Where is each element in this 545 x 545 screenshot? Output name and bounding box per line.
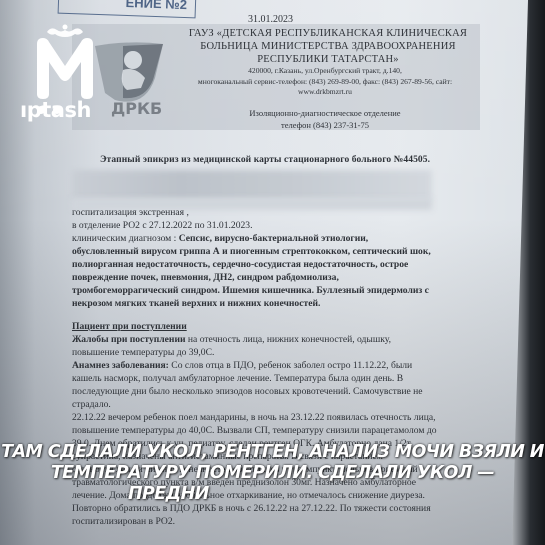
organization-address: 420000, г.Казань, ул.Оренбургский тракт,… xyxy=(170,66,480,98)
department-phone: телефон (843) 237-31-75 xyxy=(200,119,450,131)
section-heading: Пациент при поступлении xyxy=(72,320,512,333)
caption-line: ТЕМПЕРАТУРУ ПОМЕРИЛИ. СДЕЛАЛИ УКОЛ — xyxy=(0,463,545,484)
anamnesis-line: повышение температуры до 40,0С. Вызвали … xyxy=(72,424,512,437)
complaints-line: повышение температуры до 39,0С. xyxy=(72,346,512,359)
org-line: ГАУЗ «ДЕТСКАЯ РЕСПУБЛИКАНСКАЯ КЛИНИЧЕСКА… xyxy=(178,27,478,40)
diagnosis-text: Сепсис, вирусно-бактериальной этиологии, xyxy=(176,233,368,244)
caption-line: ПРЕДНИ xyxy=(0,484,545,505)
diagnosis-label: клиническим диагнозом : xyxy=(72,233,176,244)
org-line: БОЛЬНИЦА МИНИСТЕРСТВА ЗДРАВООХРАНЕНИЯ xyxy=(178,40,478,53)
complaints-line: Жалобы при поступлении на отечность лица… xyxy=(72,333,512,346)
anamnesis-line: страдало. xyxy=(72,398,512,411)
department-dates: в отделение РО2 с 27.12.2022 по 31.01.20… xyxy=(72,219,512,232)
svg-text:ДРКБ: ДРКБ xyxy=(111,99,162,118)
complaints-text: на отечность лица, нижних конечностей, о… xyxy=(186,334,392,345)
watermark-text: ıptash xyxy=(20,98,91,122)
organization-name: ГАУЗ «ДЕТСКАЯ РЕСПУБЛИКАНСКАЯ КЛИНИЧЕСКА… xyxy=(178,27,478,66)
complaints-label: Жалобы при поступлении xyxy=(72,334,186,345)
diagnosis-line: повреждение почек, пневмония, ДН2, синдр… xyxy=(72,271,512,284)
diagnosis-line: некрозом мягких тканей верхних и нижних … xyxy=(72,297,512,310)
org-line: РЕСПУБЛИКИ ТАТАРСТАН» xyxy=(178,53,478,66)
anamnesis-line: кашель насморк, получал амбулаторное леч… xyxy=(72,372,512,385)
screenshot-stage: ЕНИЕ №2 ДРКБ 31.01.2023 ГАУЗ «ДЕТСКАЯ РЕ… xyxy=(0,0,545,545)
department-name: Изоляционно-диагностическое отделение xyxy=(200,107,450,119)
department-info: Изоляционно-диагностическое отделение те… xyxy=(200,107,450,131)
anamnesis-line: последующие дни было несколько эпизодов … xyxy=(72,385,512,398)
redacted-patient-info xyxy=(72,170,432,200)
anamnesis-label: Анамнез заболевания: xyxy=(72,360,169,371)
diagnosis-line: тромбогеморрагический синдром. Ишемия ки… xyxy=(72,284,512,297)
address-line: 420000, г.Казань, ул.Оренбургский тракт,… xyxy=(170,66,480,77)
anamnesis-text: Со слов отца в ПДО, ребенок заболел остр… xyxy=(169,360,412,371)
document-title: Этапный эпикриз из медицинской карты ста… xyxy=(100,155,430,165)
website-line: www.drkbmzrt.ru xyxy=(170,87,480,98)
anamnesis-line: госпитализирован в РО2. xyxy=(72,515,512,528)
document-date: 31.01.2023 xyxy=(248,14,293,25)
video-caption: ТАМ СДЕЛАЛИ УКОЛ, РЕНТГЕН, АНАЛИЗ МОЧИ В… xyxy=(0,442,545,505)
department-stamp: ЕНИЕ №2 xyxy=(58,0,197,18)
anamnesis-line: 22.12.22 вечером ребенок поел мандарины,… xyxy=(72,411,512,424)
anamnesis-line: Анамнез заболевания: Со слов отца в ПДО,… xyxy=(72,359,512,372)
address-line: многоканальный сервис-телефон: (843) 269… xyxy=(170,77,480,88)
caption-line: ТАМ СДЕЛАЛИ УКОЛ, РЕНТГЕН, АНАЛИЗ МОЧИ В… xyxy=(0,442,545,463)
diagnosis-line: обусловленный вирусом гриппа А и пиогенн… xyxy=(72,245,512,258)
diagnosis-line: клиническим диагнозом : Сепсис, вирусно-… xyxy=(72,232,512,245)
hospitalization-type: госпитализация экстренная , xyxy=(72,206,512,219)
diagnosis-line: полиорганная недостаточность, сердечно-с… xyxy=(72,258,512,271)
